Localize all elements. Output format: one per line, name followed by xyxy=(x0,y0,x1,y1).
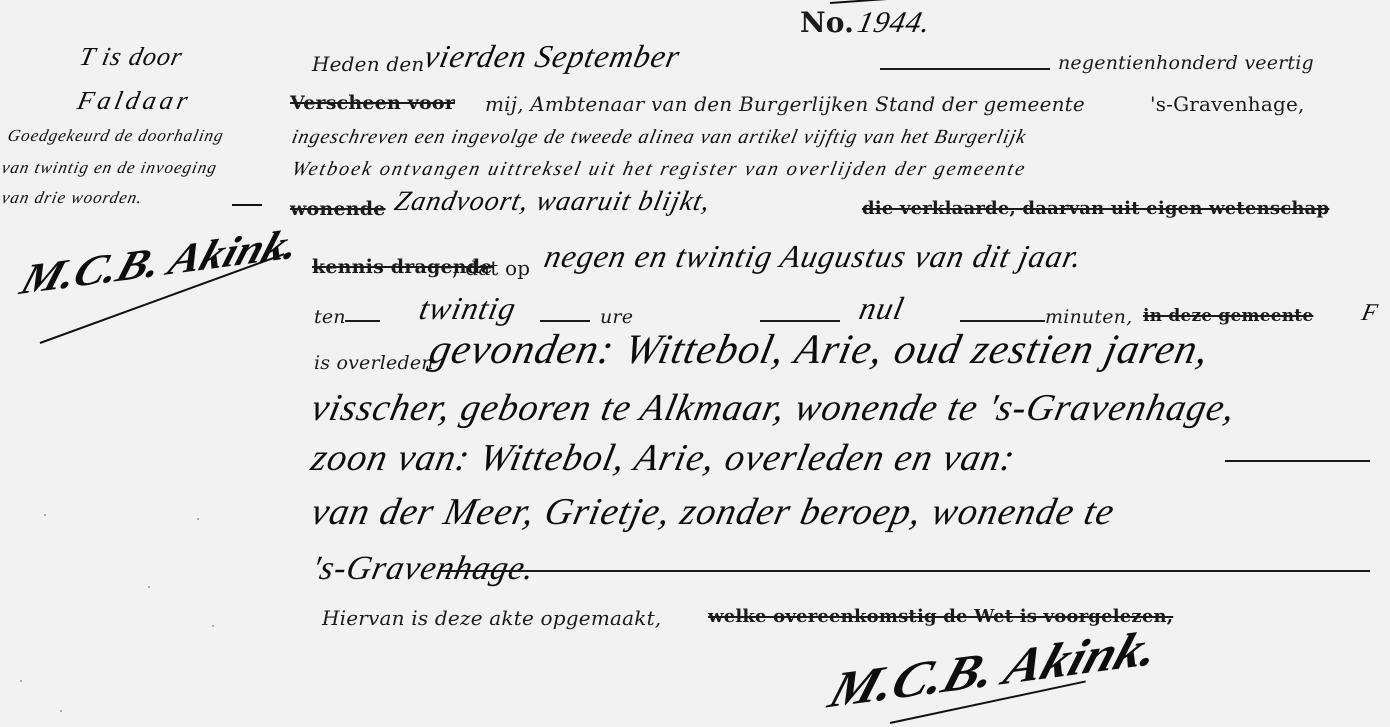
body-line7-fill2 xyxy=(540,320,590,322)
margin-note-line2: Faldaar xyxy=(75,86,195,116)
paper-speck xyxy=(60,710,62,712)
margin-note-line5: van drie woorden. xyxy=(0,188,145,208)
body-line7-fill1 xyxy=(345,320,380,322)
body-line1-suffix: negentienhonderd veertig xyxy=(1058,52,1314,74)
body-line7-struck: in deze gemeente xyxy=(1143,306,1313,326)
body-line1-date: vierden September xyxy=(421,38,684,75)
header-flourish xyxy=(830,0,900,4)
closing-struck: welke overeenkomstig de Wet is voorgelez… xyxy=(708,606,1173,627)
body-line11: van der Meer, Grietje, zonder beroep, wo… xyxy=(307,490,1119,534)
body-line2-city: 's-Gravenhage, xyxy=(1150,92,1305,116)
body-line7-minute: nul xyxy=(856,290,908,327)
record-number-label: No. xyxy=(800,6,854,39)
margin-note-line1: T is door xyxy=(77,42,186,72)
body-line4: Wetboek ontvangen uittreksel uit het reg… xyxy=(290,158,1029,181)
margin-note-line4: van twintig en de invoeging xyxy=(0,158,219,178)
body-line5-struck-prefix: wonende xyxy=(290,198,386,220)
margin-dash xyxy=(232,204,262,206)
body-line5-struck-suffix: die verklaarde, daarvan uit eigen wetens… xyxy=(862,198,1329,219)
paper-speck xyxy=(212,625,214,627)
body-line1-fill xyxy=(880,68,1050,70)
record-number-value: 1944. xyxy=(855,6,935,40)
closing-text: Hiervan is deze akte opgemaakt, xyxy=(322,606,661,630)
body-line10-fill xyxy=(1225,460,1370,462)
body-line7-minuten: minuten, xyxy=(1045,306,1132,328)
body-line7-hour: twintig xyxy=(416,290,520,327)
body-line8-text: is overleden xyxy=(314,352,434,374)
body-line7-fill4 xyxy=(960,320,1045,322)
body-line12: 's-Gravenhage. xyxy=(308,550,538,588)
body-line8-hand: gevonden: Wittebol, Arie, oud zestien ja… xyxy=(425,326,1214,374)
body-line7-fill3 xyxy=(760,320,840,322)
body-line9: visscher, geboren te Alkmaar, wonende te… xyxy=(307,386,1240,430)
body-line3: ingeschreven een ingevolge de tweede ali… xyxy=(290,126,1029,149)
body-line12-fill xyxy=(440,570,1370,572)
body-line2-struck: Verscheen voor xyxy=(290,92,455,114)
paper-speck xyxy=(44,514,46,516)
paper-speck xyxy=(197,518,199,520)
paper-speck xyxy=(20,680,22,682)
body-line5-hand: Zandvoort, waaruit blijkt, xyxy=(392,186,714,218)
margin-note-line3: Goedgekeurd de doorhaling xyxy=(6,126,226,146)
body-line7-ten: ten xyxy=(314,306,346,328)
body-line7-ure: ure xyxy=(600,306,633,328)
body-line1-prefix: Heden den xyxy=(312,52,424,76)
body-line6-text: , dat op xyxy=(452,256,530,280)
body-line6-hand: negen en twintig Augustus van dit jaar. xyxy=(541,238,1086,275)
body-line7-mark: F xyxy=(1359,300,1380,327)
official-signature: M.C.B. Akink. xyxy=(822,619,1167,720)
record-number: No. 1944. xyxy=(800,6,931,40)
body-line10: zoon van: Wittebol, Arie, overleden en v… xyxy=(307,436,1019,480)
paper-speck xyxy=(148,586,150,588)
body-line2-text: mij, Ambtenaar van den Burgerlijken Stan… xyxy=(485,92,1085,116)
